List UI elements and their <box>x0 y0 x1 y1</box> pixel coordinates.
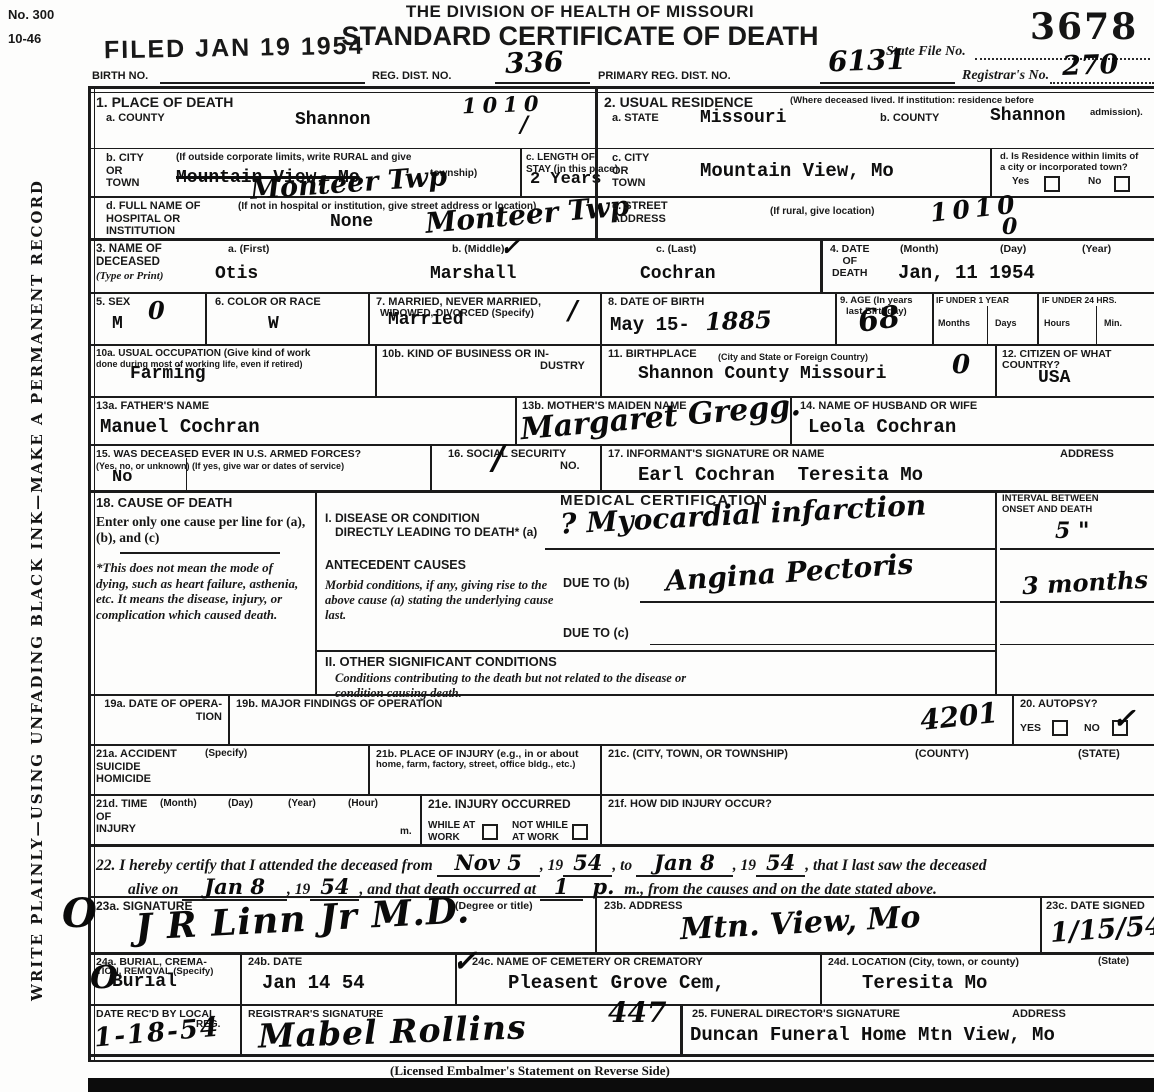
residence-limits-label: d. Is Residence within limits of a city … <box>1000 152 1150 174</box>
divider <box>228 694 230 744</box>
ssn-stray-stroke: / <box>492 438 504 478</box>
due-to-c-label: DUE TO (c) <box>563 626 629 640</box>
funeral-director-value: Duncan Funeral Home Mtn View, Mo <box>690 1024 1055 1046</box>
residence-city-value: Mountain View, Mo <box>700 160 894 182</box>
burial-location-value: Teresita Mo <box>862 972 987 994</box>
last-name-label: c. (Last) <box>656 243 696 255</box>
divider <box>820 952 822 1004</box>
physician-address-label: 23b. ADDRESS <box>604 900 682 913</box>
length-of-stay-value: 2 Years <box>530 170 601 189</box>
disease-label: I. DISEASE OR CONDITION <box>325 512 480 526</box>
primary-reg-value: 6131 <box>827 43 906 79</box>
residence-state-value: Missouri <box>700 108 786 128</box>
line-b <box>640 601 995 603</box>
spouse-name-label: 14. NAME OF HUSBAND OR WIFE <box>800 400 977 413</box>
place-city-note: (If outside corporate limits, write RURA… <box>176 152 411 164</box>
informant-value: Earl Cochran Teresita Mo <box>638 464 923 486</box>
divider <box>600 444 602 490</box>
rule <box>88 1054 1154 1057</box>
certify-text: , 19 <box>287 881 310 898</box>
citizen-value: USA <box>1038 368 1070 388</box>
rule <box>88 148 1154 149</box>
divider <box>835 292 837 344</box>
divider <box>600 744 602 794</box>
certify-text: , that I last saw the deceased <box>805 857 986 874</box>
death-certificate-scan: No. 300 10-46 WRITE PLAINLY—USING UNFADI… <box>0 0 1154 1092</box>
injury-month-label: (Month) <box>160 798 197 810</box>
header-rule-1 <box>88 86 1154 89</box>
business-label: 10b. KIND OF BUSINESS OR IN- <box>382 348 549 361</box>
sex-label: 5. SEX <box>96 296 130 309</box>
rule <box>88 396 1154 398</box>
armed-forces-note1: (Yes, no, or unknown) <box>96 461 190 471</box>
birthplace-note: (City and State or Foreign Country) <box>718 352 868 362</box>
armed-forces-value: No <box>112 468 132 487</box>
sex-handwritten: 0 <box>148 296 165 325</box>
certify-text: , 19 <box>733 857 756 874</box>
primary-reg-label: PRIMARY REG. DIST. NO. <box>598 70 731 83</box>
certify-text: , to <box>612 857 632 874</box>
while-at-work-checkbox <box>482 824 498 840</box>
certify-statement-line-1: 22. I hereby certify that I attended the… <box>96 850 1150 875</box>
ssn-label: 16. SOCIAL SECURITY <box>448 448 566 461</box>
street-address-label: e. STREET ADDRESS <box>612 200 668 225</box>
armed-forces-note2: (If yes, give war or dates of service) <box>192 461 344 471</box>
form-revision: 10-46 <box>8 32 41 47</box>
date-signed-label: 23c. DATE SIGNED <box>1046 900 1145 913</box>
residence-county-label: b. COUNTY <box>880 112 939 125</box>
accident-note: (Specify) <box>205 748 247 760</box>
funeral-director-label: 25. FUNERAL DIRECTOR'S SIGNATURE <box>692 1008 900 1021</box>
certify-text: 22. I hereby certify that I attended the… <box>96 857 433 874</box>
hospital-label: d. FULL NAME OF HOSPITAL OR INSTITUTION <box>106 200 201 238</box>
injury-day-label: (Day) <box>228 798 253 810</box>
divider <box>520 148 522 196</box>
cemetery-checkmark: ✓ <box>452 944 477 979</box>
cause-note-1: Enter only one cause per line for (a), (… <box>96 514 308 546</box>
autopsy-label: 20. AUTOPSY? <box>1020 698 1098 711</box>
scan-black-strip <box>88 1078 1154 1092</box>
divider <box>240 952 242 1004</box>
not-while-at-work-label: NOT WHILE AT WORK <box>512 820 568 843</box>
interval-line-c <box>1000 644 1154 645</box>
middle-name-value: Marshall <box>430 264 516 284</box>
certify-text: m., from the causes and on the date stat… <box>624 881 937 898</box>
dob-value: May 15- <box>610 314 690 336</box>
injury-city-label: 21c. (CITY, TOWN, OR TOWNSHIP) <box>608 748 788 761</box>
dod-day-label: (Day) <box>1000 243 1026 255</box>
divider <box>932 292 934 344</box>
antecedent-note: Morbid conditions, if any, giving rise t… <box>325 578 560 623</box>
interval-label: INTERVAL BETWEEN ONSET AND DEATH <box>1002 494 1152 516</box>
burial-date-label: 24b. DATE <box>248 956 302 969</box>
rule <box>88 292 1154 294</box>
first-name-value: Otis <box>215 264 258 284</box>
street-address-handwritten-2: 0 <box>1002 214 1017 240</box>
divider <box>680 1004 683 1054</box>
street-address-note: (If rural, give location) <box>770 206 874 218</box>
marital-value: Married <box>388 310 464 330</box>
residence-state-label: a. STATE <box>612 112 659 125</box>
hours-label: Hours <box>1044 318 1070 328</box>
primary-reg-line <box>820 82 955 84</box>
other-conditions-rule <box>315 650 997 652</box>
line-a <box>545 548 995 550</box>
divider <box>1096 306 1097 344</box>
residence-yes-checkbox <box>1044 176 1060 192</box>
deceased-name-label: 3. NAME OF DECEASED <box>96 243 162 269</box>
certify-year1-handwritten: 54 <box>563 850 612 877</box>
injury-hour-label: (Hour) <box>348 798 378 810</box>
dod-month-label: (Month) <box>900 243 938 255</box>
cause-of-death-heading: 18. CAUSE OF DEATH <box>96 496 232 511</box>
filed-stamp: FILED JAN 19 1954 <box>104 32 365 65</box>
min-label: Min. <box>1104 318 1122 328</box>
burial-location-label: 24d. LOCATION (City, town, or county) <box>828 956 1019 968</box>
certify-hour-handwritten: 1 <box>540 874 583 901</box>
ssn-label-2: NO. <box>560 460 580 473</box>
divider <box>995 490 997 694</box>
residence-no-label: No <box>1088 176 1101 188</box>
date-signed-handwritten: 1/15/54 <box>1049 910 1154 949</box>
divider <box>987 306 988 344</box>
certify-statement-line-2: alive on Jan 8, 1954, and that death occ… <box>128 874 1148 899</box>
race-label: 6. COLOR OR RACE <box>215 296 321 309</box>
registrar-number-handwritten: 447 <box>608 996 666 1029</box>
birthplace-handwritten: 0 <box>952 350 970 380</box>
dob-handwritten: 1885 <box>705 305 773 336</box>
divider <box>990 148 992 196</box>
interval-line-b <box>1000 601 1154 603</box>
divider <box>420 794 422 844</box>
divider <box>375 344 377 396</box>
rule <box>88 744 1154 746</box>
registrar-no-label: Registrar's No. <box>962 68 1049 85</box>
marital-label: 7. MARRIED, NEVER MARRIED, <box>376 296 541 309</box>
burial-value: Burial <box>112 972 177 992</box>
place-of-death-heading: 1. PLACE OF DEATH <box>96 94 233 110</box>
divider <box>595 896 597 952</box>
divider <box>1012 694 1014 744</box>
autopsy-yes-label: YES <box>1020 722 1041 734</box>
middle-name-label: b. (Middle) <box>452 243 505 255</box>
rule <box>88 444 1154 446</box>
divider <box>430 444 432 490</box>
operation-findings-handwritten: 4201 <box>918 696 999 737</box>
injury-place-label-2: home, farm, factory, street, office bldg… <box>376 760 575 771</box>
days-label: Days <box>995 318 1017 328</box>
section-divider <box>595 88 598 238</box>
last-name-value: Cochran <box>640 264 716 284</box>
rule <box>88 238 1154 241</box>
degree-title-label: (Degree or title) <box>455 900 533 912</box>
divider <box>315 490 317 694</box>
divider <box>240 1004 242 1054</box>
interval-b-handwritten: 3 months <box>1021 565 1148 601</box>
certify-to-handwritten: Jan 8 <box>636 850 733 877</box>
marital-handwritten-slash: / <box>568 296 578 326</box>
cemetery-value: Pleasent Grove Cem, <box>508 972 725 994</box>
divider <box>995 344 997 396</box>
certify-ampm-handwritten: p. <box>586 874 620 899</box>
handwritten-1010: 1010 <box>462 91 545 119</box>
how-injury-label: 21f. HOW DID INJURY OCCUR? <box>608 798 772 811</box>
injury-county-label: (COUNTY) <box>915 748 969 761</box>
margin-handwritten-o: O <box>62 890 97 937</box>
birthplace-value: Shannon County Missouri <box>638 364 886 384</box>
residence-county-value: Shannon <box>990 106 1066 126</box>
operation-findings-label: 19b. MAJOR FINDINGS OF OPERATION <box>236 698 442 711</box>
burial-date-value: Jan 14 54 <box>262 972 365 994</box>
rule <box>88 794 1154 796</box>
injury-year-label: (Year) <box>288 798 316 810</box>
first-name-label: a. (First) <box>228 243 269 255</box>
months-label: Months <box>938 318 970 328</box>
due-to-b-label: DUE TO (b) <box>563 576 629 590</box>
physician-address-handwritten: Mtn. View, Mo <box>679 900 921 948</box>
certificate-title: STANDARD CERTIFICATE OF DEATH <box>290 21 870 52</box>
place-county-value: Shannon <box>295 110 371 130</box>
certify-year2-handwritten: 54 <box>756 850 805 877</box>
if-under-1-year-label: IF UNDER 1 YEAR <box>936 296 1034 306</box>
sex-value: M <box>112 314 123 334</box>
dod-year-label: (Year) <box>1082 243 1111 255</box>
rule <box>88 844 1154 847</box>
divider <box>600 794 602 844</box>
margin-instruction: WRITE PLAINLY—USING UNFADING BLACK INK—M… <box>28 100 54 1080</box>
divider <box>600 344 602 396</box>
if-under-24-hrs-label: IF UNDER 24 HRS. <box>1042 296 1150 306</box>
certify-text: alive on <box>128 881 178 898</box>
divider <box>600 292 602 344</box>
autopsy-no-label: NO <box>1084 722 1100 734</box>
middle-checkmark: ✓ <box>500 232 520 261</box>
birthplace-label: 11. BIRTHPLACE <box>608 348 697 361</box>
line-c <box>650 644 995 645</box>
age-handwritten: 68 <box>856 299 902 339</box>
autopsy-no-checkmark: ✓ <box>1112 702 1135 735</box>
registrar-signature-handwritten: Mabel Rollins <box>257 1007 527 1055</box>
rule <box>88 1060 1154 1062</box>
operation-date-label: 19a. DATE OF OPERA- TION <box>96 698 222 723</box>
injury-occurred-label: 21e. INJURY OCCURRED <box>428 798 571 812</box>
informant-label: 17. INFORMANT'S SIGNATURE OR NAME <box>608 448 824 461</box>
division-heading: THE DIVISION OF HEALTH OF MISSOURI <box>300 2 860 22</box>
divider <box>205 292 207 344</box>
divider <box>820 238 823 292</box>
divider <box>1040 896 1042 952</box>
father-name-value: Manuel Cochran <box>100 416 260 438</box>
other-conditions-note: Conditions contributing to the death but… <box>335 671 735 701</box>
reg-dist-value: 336 <box>504 45 564 80</box>
certify-from-handwritten: Nov 5 <box>437 850 540 877</box>
handwritten-tick: / <box>520 112 528 138</box>
certify-alive-handwritten: Jan 8 <box>182 874 287 901</box>
residence-city-label: c. CITY OR TOWN <box>612 152 649 190</box>
residence-heading-note2: admission). <box>1090 108 1143 119</box>
while-at-work-label: WHILE AT WORK <box>428 820 475 843</box>
antecedent-label: ANTECEDENT CAUSES <box>325 558 466 572</box>
place-city-label: b. CITY OR TOWN <box>106 152 144 190</box>
business-label-2: DUSTRY <box>540 360 585 373</box>
residence-yes-label: Yes <box>1012 176 1029 188</box>
reg-dist-line <box>495 82 590 84</box>
cause-note-2: *This does not mean the mode of dying, s… <box>96 560 308 622</box>
birth-no-blank-line <box>160 82 365 84</box>
place-county-label: a. COUNTY <box>106 112 165 125</box>
due-to-b-handwritten: Angina Pectoris <box>664 547 914 597</box>
certify-text: , 19 <box>540 857 563 874</box>
race-value: W <box>268 314 279 334</box>
father-name-label: 13a. FATHER'S NAME <box>96 400 209 413</box>
armed-forces-label: 15. WAS DECEASED EVER IN U.S. ARMED FORC… <box>96 448 361 460</box>
cemetery-label: 24c. NAME OF CEMETERY OR CREMATORY <box>472 956 703 969</box>
injury-state-label: (STATE) <box>1078 748 1120 761</box>
occupation-label: 10a. USUAL OCCUPATION (Give kind of work <box>96 348 310 360</box>
header-rule-2 <box>88 92 1154 93</box>
burial-location-state-label: (State) <box>1098 956 1129 968</box>
form-number: No. 300 <box>8 8 54 23</box>
birth-no-label: BIRTH NO. <box>92 70 148 83</box>
injury-m-label: m. <box>400 826 412 838</box>
date-of-death-label: 4. DATE OF DEATH <box>830 243 869 279</box>
interval-line-a <box>1000 548 1154 550</box>
rule <box>88 952 1154 955</box>
reg-dist-label: REG. DIST. NO. <box>372 70 451 83</box>
registrar-no-dotted-line <box>1050 66 1154 84</box>
accident-label: 21a. ACCIDENT SUICIDE HOMICIDE <box>96 748 177 786</box>
divider <box>368 292 370 344</box>
occupation-value: Farming <box>130 364 206 384</box>
injury-time-label: 21d. TIME OF INJURY <box>96 798 147 836</box>
informant-address-label: ADDRESS <box>1060 448 1114 461</box>
hospital-value: None <box>330 212 373 232</box>
date-of-death-value: Jan, 11 1954 <box>898 262 1035 284</box>
embalmer-note: (Licensed Embalmer's Statement on Revers… <box>390 1063 670 1079</box>
spouse-name-value: Leola Cochran <box>808 416 956 438</box>
dob-label: 8. DATE OF BIRTH <box>608 296 704 309</box>
disease-label-2: DIRECTLY LEADING TO DEATH* (a) <box>335 526 537 540</box>
interval-a-handwritten: 5 " <box>1055 518 1089 544</box>
other-conditions-label: II. OTHER SIGNIFICANT CONDITIONS <box>325 655 557 670</box>
deceased-name-sub: (Type or Print) <box>96 270 163 283</box>
divider <box>515 396 517 444</box>
divider <box>1037 292 1039 344</box>
divider <box>368 744 370 794</box>
residence-no-checkbox <box>1114 176 1130 192</box>
funeral-director-address-label: ADDRESS <box>1012 1008 1066 1021</box>
not-while-at-work-checkbox <box>572 824 588 840</box>
autopsy-yes-checkbox <box>1052 720 1068 736</box>
cause-note-rule <box>120 552 280 554</box>
